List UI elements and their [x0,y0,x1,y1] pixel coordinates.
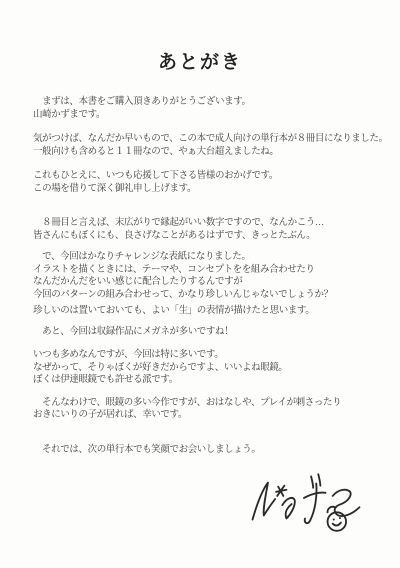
paragraph: あと、今回は収録作品にメガネが多いですね！ [33,326,388,339]
afterword-body: まずは、本書をご購入頂きありがとうございます。山崎かずまです。気がつけば、なんだ… [33,96,388,456]
paragraph: いつも多めなんですが、今回は特に多いです。なぜかって、そりゃぼくが好きだからです… [33,349,388,387]
paragraph: そんなわけで、眼鏡の多い今作ですが、おはなしや、プレイが刺さったりおきにいりの子… [33,397,388,422]
signature-autograph [246,462,368,536]
paragraph: これもひとえに、いつも応援して下さる皆様のおかげです。この場を借りて深く御礼申し… [33,170,388,195]
paragraph: ８冊目と言えば、末広がりで縁起がいい数字ですので、なんかこう…皆さんにもぼくにも… [33,217,388,242]
paragraph: それでは、次の単行本でも笑顔でお会いしましょう。 [33,444,388,457]
page-title: あとがき [0,47,400,74]
smiley-face-doodle [328,507,347,531]
afterword-page: あとがき まずは、本書をご購入頂きありがとうございます。山崎かずまです。気がつけ… [0,0,400,568]
paragraph: まずは、本書をご購入頂きありがとうございます。山崎かずまです。 [33,96,388,121]
paragraph: 珍しいのは置いておいても、よい「生」の表情が描けたと思います。 [33,305,388,318]
paragraph: 気がつけば、なんだか早いもので、この本で成人向けの単行本が８冊目になりました。一… [33,133,388,158]
paragraph: で、今回はかなりチャレンジな表紙になりました。イラストを描くときには、テーマや、… [33,251,388,301]
